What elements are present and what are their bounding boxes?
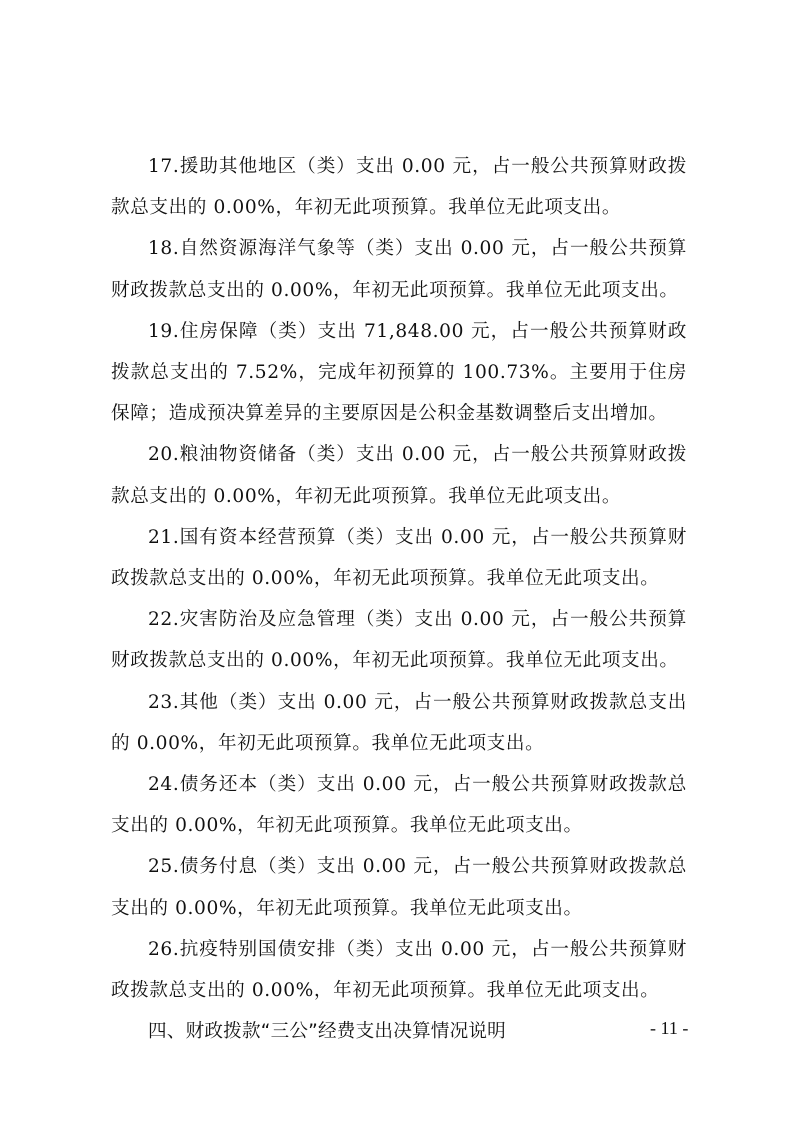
paragraph-22: 22.灾害防治及应急管理（类）支出 0.00 元，占一般公共预算财政拨款总支出的… <box>111 599 687 681</box>
paragraph-18: 18.自然资源海洋气象等（类）支出 0.00 元，占一般公共预算财政拨款总支出的… <box>111 228 687 310</box>
document-body: 17.援助其他地区（类）支出 0.00 元，占一般公共预算财政拨款总支出的 0.… <box>111 146 687 1052</box>
page-number: - 11 - <box>650 1018 688 1039</box>
paragraph-26: 26.抗疫特别国债安排（类）支出 0.00 元，占一般公共预算财政拨款总支出的 … <box>111 929 687 1011</box>
paragraph-17: 17.援助其他地区（类）支出 0.00 元，占一般公共预算财政拨款总支出的 0.… <box>111 146 687 228</box>
paragraph-24: 24.债务还本（类）支出 0.00 元，占一般公共预算财政拨款总支出的 0.00… <box>111 764 687 846</box>
paragraph-21: 21.国有资本经营预算（类）支出 0.00 元，占一般公共预算财政拨款总支出的 … <box>111 517 687 599</box>
section-heading: 四、财政拨款“三公”经费支出决算情况说明 <box>111 1011 687 1052</box>
paragraph-23: 23.其他（类）支出 0.00 元，占一般公共预算财政拨款总支出的 0.00%，… <box>111 682 687 764</box>
paragraph-19: 19.住房保障（类）支出 71,848.00 元，占一般公共预算财政拨款总支出的… <box>111 311 687 435</box>
paragraph-25: 25.债务付息（类）支出 0.00 元，占一般公共预算财政拨款总支出的 0.00… <box>111 846 687 928</box>
paragraph-20: 20.粮油物资储备（类）支出 0.00 元，占一般公共预算财政拨款总支出的 0.… <box>111 434 687 516</box>
